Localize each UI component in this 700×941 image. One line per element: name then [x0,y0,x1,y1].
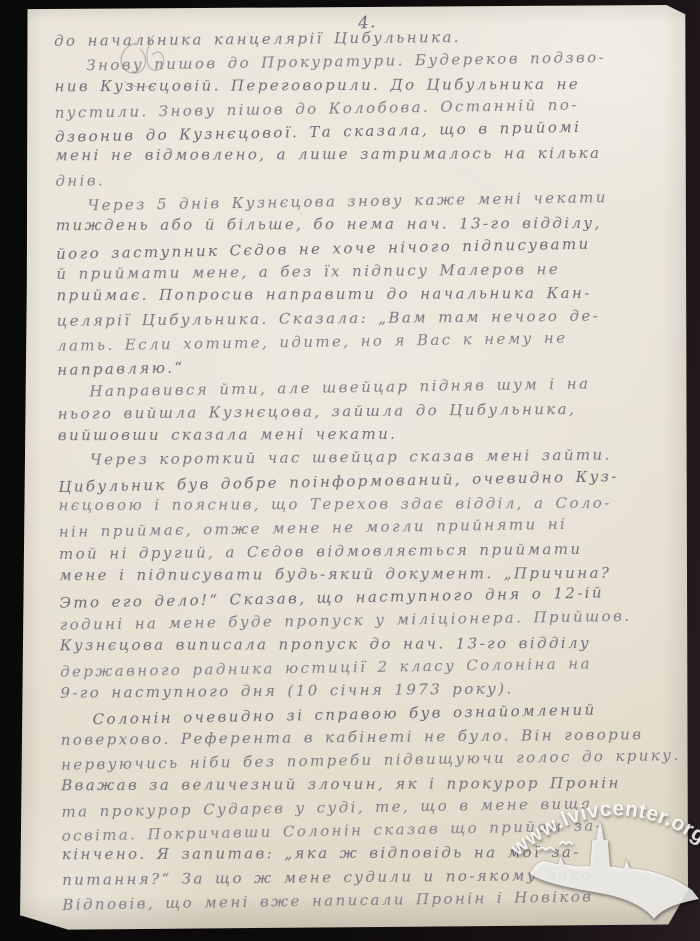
lvivcenter-watermark: www.lvivcenter.org [512,778,700,930]
bird-icon [560,842,572,844]
scan-background: 4. до начальника канцелярії Цибульника.З… [0,0,700,941]
bird-icon [538,848,554,851]
